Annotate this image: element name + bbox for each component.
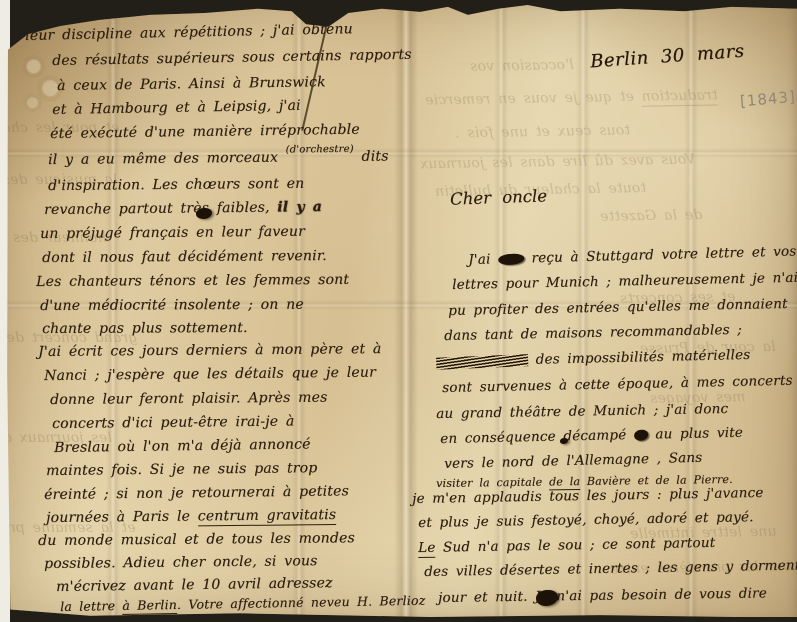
manuscript-line: un préjugé français en leur faveur xyxy=(40,224,305,242)
manuscript-line: en conséquence décampé au plus vite xyxy=(440,425,743,447)
manuscript-line: maintes fois. Si je ne suis pas trop xyxy=(46,460,318,479)
manuscript-line: d'une médiocrité insolente ; on ne xyxy=(40,297,304,314)
manuscript-line: et à Hambourg et à Leipsig, j'ai xyxy=(52,98,301,118)
manuscript-text: Breslau où l'on m'a déjà annoncé xyxy=(54,436,311,456)
manuscript-line: Breslau où l'on m'a déjà annoncé xyxy=(54,436,311,456)
manuscript-line: J'ai reçu à Stuttgard votre lettre et vo… xyxy=(468,243,797,268)
manuscript-line: éreinté ; si non je retournerai à petite… xyxy=(44,483,349,503)
manuscript-text: au grand théâtre de Munich ; j'ai donc xyxy=(436,401,728,422)
manuscript-text: lettres pour Munich ; malheureusement je… xyxy=(452,270,797,293)
manuscript-line: Les chanteurs ténors et les femmes sont xyxy=(36,272,349,290)
manuscript-text: la lettre xyxy=(60,598,122,614)
ink-blot xyxy=(498,254,524,266)
manuscript-text: chante pas plus sottement. xyxy=(42,320,248,337)
manuscript-line: Le Sud n'a pas le sou ; ce sont partout xyxy=(418,535,715,556)
manuscript-line: leur discipline aux répétitions ; j'ai o… xyxy=(25,21,353,44)
ink-blot xyxy=(634,430,648,441)
salutation: Cher oncle xyxy=(450,186,548,208)
archival-date-annotation: [1843] xyxy=(739,88,796,111)
manuscript-line: revanche partout très faibles, il y a xyxy=(44,199,322,218)
dateline: Berlin 30 mars xyxy=(589,41,745,73)
show-through-line: de la Gazette xyxy=(600,207,703,225)
manuscript-text: vers le nord de l'Allemagne , Sans xyxy=(444,450,703,472)
manuscript-line: Nanci ; j'espère que les détails que je … xyxy=(44,365,376,384)
manuscript-text: dont il nous faut décidément revenir. xyxy=(42,248,327,266)
manuscript-text: traduction xyxy=(641,87,717,106)
manuscript-text: (d'orchestre) xyxy=(286,144,354,156)
manuscript-line: jour et nuit. Je n'ai pas besoin de vous… xyxy=(438,585,767,606)
manuscript-text: dits xyxy=(354,148,389,164)
manuscript-text: au plus vite xyxy=(648,425,743,443)
manuscript-text: des impossibilités matérielles xyxy=(528,347,751,368)
manuscript-text: à ceux de Paris. Ainsi à Brunswick xyxy=(57,74,326,94)
crossed-out-word xyxy=(436,354,528,370)
manuscript-text: leur discipline aux répétitions ; j'ai o… xyxy=(25,21,353,44)
manuscript-line: au grand théâtre de Munich ; j'ai donc xyxy=(436,401,728,422)
manuscript-text: d'inspiration. Les chœurs sont en xyxy=(48,176,304,194)
manuscript-text: maintes fois. Si je ne suis pas trop xyxy=(46,460,318,479)
manuscript-text: . Votre affectionné neveu H. Berlioz xyxy=(177,593,426,612)
manuscript-line: il y a eu même des morceaux (d'orchestre… xyxy=(48,148,389,168)
show-through-line: Vous avez dû lire dans les journaux xyxy=(420,152,695,173)
manuscript-text: Le xyxy=(418,540,436,558)
manuscript-text: m'écrivez avant le 10 avril adressez xyxy=(56,575,333,595)
manuscript-line: la lettre à Berlin. Votre affectionné ne… xyxy=(60,593,426,614)
manuscript-line: pu profiter des entrées qu'elles me donn… xyxy=(448,296,788,319)
manuscript-text: Sud n'a pas le sou ; ce sont partout xyxy=(435,535,715,556)
manuscript-line: lettres pour Munich ; malheureusement je… xyxy=(452,270,797,293)
manuscript-text: visiter la capitale xyxy=(436,475,549,490)
manuscript-text: du monde musical et de tous les mondes xyxy=(38,530,355,549)
manuscript-text: concerts d'ici peut-être irai-je à xyxy=(52,413,294,432)
manuscript-line: chante pas plus sottement. xyxy=(42,320,248,337)
manuscript-line: journées à Paris le centrum gravitatis xyxy=(46,507,336,526)
manuscript-text: des résultats supérieurs sous certains r… xyxy=(52,47,412,69)
manuscript-text: été exécuté d'une manière irréprochable xyxy=(50,122,360,142)
show-through-line: tous ceux et une fois . xyxy=(455,122,630,141)
letter-paper: l'occasion vostraduction et que je vous … xyxy=(0,0,797,622)
manuscript-text: centrum gravitatis xyxy=(198,507,337,526)
manuscript-line: concerts d'ici peut-être irai-je à xyxy=(52,413,294,432)
manuscript-line: dont il nous faut décidément revenir. xyxy=(42,248,327,266)
manuscript-text: jour et nuit. Je n'ai pas besoin de vous… xyxy=(438,585,767,606)
manuscript-text: pu profiter des entrées qu'elles me donn… xyxy=(448,296,788,319)
manuscript-line: des résultats supérieurs sous certains r… xyxy=(52,47,412,69)
manuscript-line: donne leur feront plaisir. Après mes xyxy=(50,390,328,408)
ink-blot xyxy=(196,208,212,219)
manuscript-text: et à Hambourg et à Leipsig, j'ai xyxy=(52,98,301,118)
manuscript-text: Vous avez dû lire dans les journaux xyxy=(420,152,695,173)
manuscript-text: éreinté ; si non je retournerai à petite… xyxy=(44,483,349,503)
manuscript-text: de la Gazette xyxy=(600,207,703,225)
manuscript-line: à ceux de Paris. Ainsi à Brunswick xyxy=(57,74,326,94)
manuscript-line: d'inspiration. Les chœurs sont en xyxy=(48,176,304,194)
manuscript-text: possibles. Adieu cher oncle, si vous xyxy=(44,553,318,572)
manuscript-text: J'ai écrit ces jours derniers à mon père… xyxy=(38,341,382,360)
manuscript-text: Nanci ; j'espère que les détails que je … xyxy=(44,365,376,384)
manuscript-text: d'une médiocrité insolente ; on ne xyxy=(40,297,304,314)
manuscript-text: il y a xyxy=(277,199,322,215)
manuscript-text: et que je vous en remercie xyxy=(425,89,642,109)
manuscript-line: J'ai écrit ces jours derniers à mon père… xyxy=(38,341,382,360)
manuscript-text: il y a eu même des morceaux xyxy=(48,150,286,168)
scanned-letter-photograph: l'occasion vostraduction et que je vous … xyxy=(0,0,797,622)
manuscript-text: Les chanteurs ténors et les femmes sont xyxy=(36,272,349,290)
manuscript-line: m'écrivez avant le 10 avril adressez xyxy=(56,575,333,595)
manuscript-line: des impossibilités matérielles xyxy=(436,347,751,370)
manuscript-text: J'ai xyxy=(468,251,498,268)
manuscript-text: en conséquence décampé xyxy=(440,427,634,447)
manuscript-text: journées à Paris le xyxy=(46,508,198,526)
manuscript-text: reçu à Stuttgard votre lettre et vos xyxy=(524,243,797,266)
center-fold-crease xyxy=(394,0,418,622)
manuscript-line: vers le nord de l'Allemagne , Sans xyxy=(444,450,703,472)
manuscript-text: à Berlin xyxy=(122,597,177,615)
manuscript-line: possibles. Adieu cher oncle, si vous xyxy=(44,553,318,572)
manuscript-text: l'occasion vos xyxy=(470,57,574,75)
manuscript-line: du monde musical et de tous les mondes xyxy=(38,530,355,549)
manuscript-text: un préjugé français en leur faveur xyxy=(40,224,305,242)
manuscript-text: donne leur feront plaisir. Après mes xyxy=(50,390,328,408)
show-through-line: traduction et que je vous en remercie xyxy=(425,87,718,108)
manuscript-line: des villes désertes et inertes ; les gen… xyxy=(424,557,797,580)
manuscript-text: revanche partout très faibles, xyxy=(44,200,277,218)
show-through-line: l'occasion vos xyxy=(470,57,574,75)
manuscript-text: tous ceux et une fois . xyxy=(455,122,630,141)
manuscript-line: été exécuté d'une manière irréprochable xyxy=(50,122,360,142)
manuscript-text: des villes désertes et inertes ; les gen… xyxy=(424,557,797,580)
